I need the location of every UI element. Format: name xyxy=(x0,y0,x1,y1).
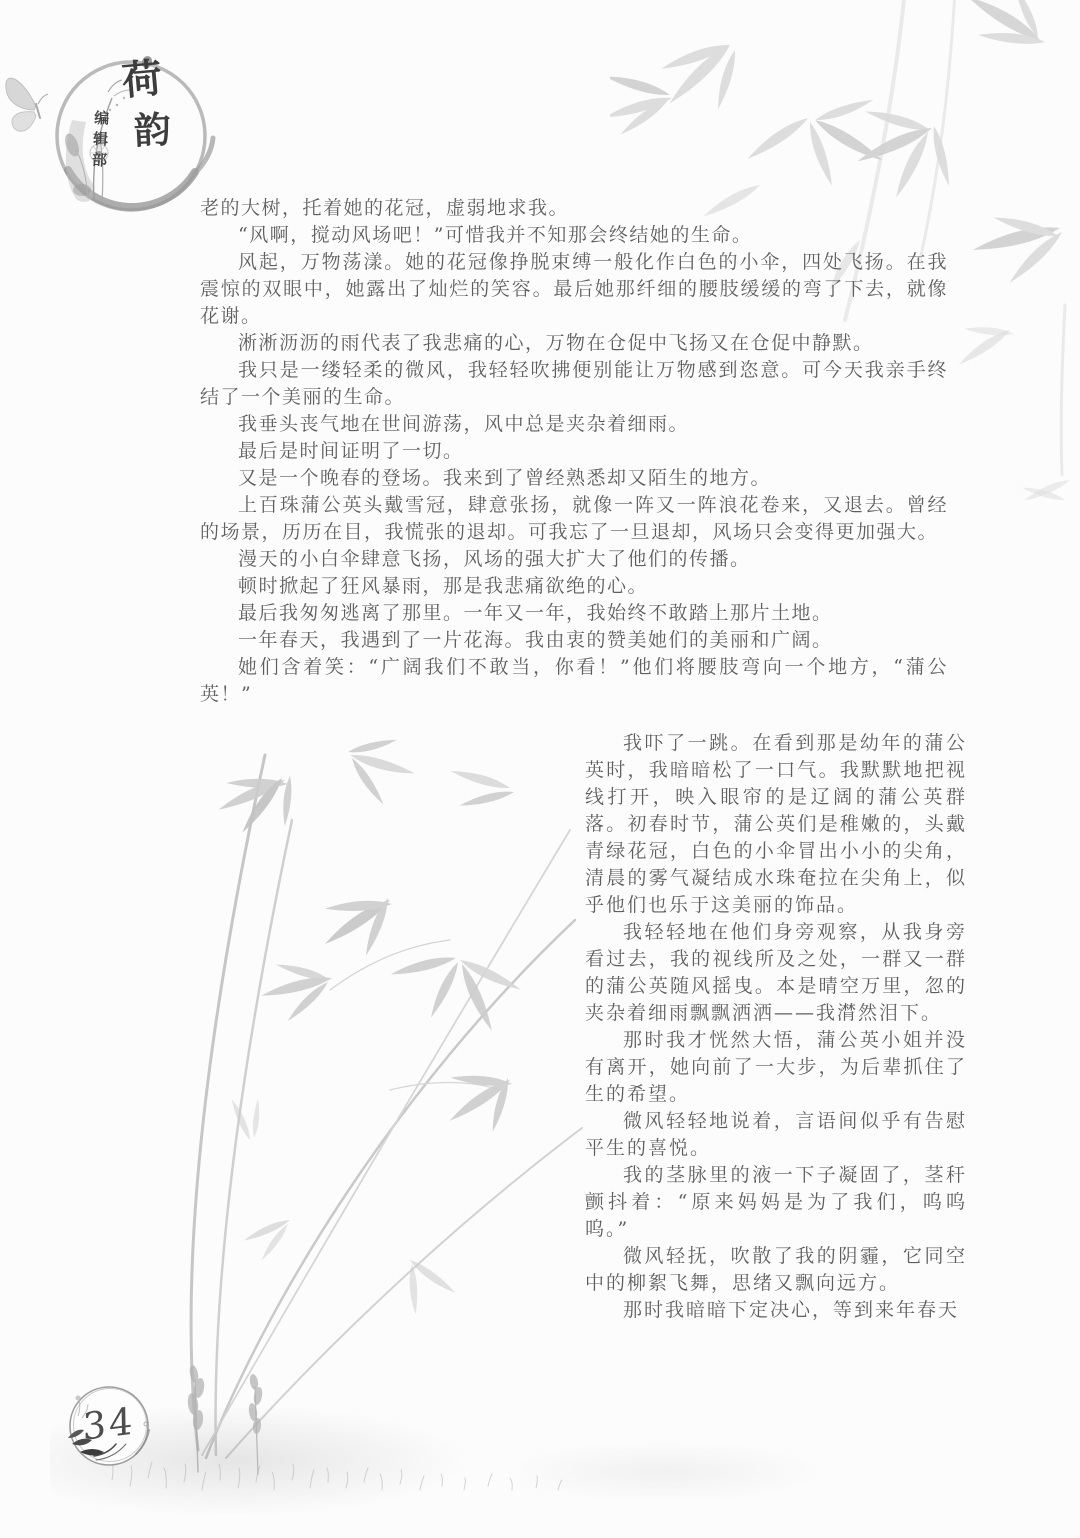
paragraph: 我的茎脉里的液一下子凝固了，茎秆颤抖着：“原来妈妈是为了我们，呜呜呜。” xyxy=(585,1162,967,1243)
paragraph: 我吓了一跳。在看到那是幼年的蒲公英时，我暗暗松了一口气。我默默地把视线打开，映入… xyxy=(585,730,967,919)
paragraph: 那时我暗暗下定决心，等到来年春天 xyxy=(585,1297,967,1324)
bamboo-left-illustration xyxy=(30,660,590,1460)
paragraph: 她们含着笑：“广阔我们不敢当，你看！”他们将腰肢弯向一个地方，“蒲公英！” xyxy=(200,654,948,708)
paragraph: 我垂头丧气地在世间游荡，风中总是夹杂着细雨。 xyxy=(200,411,948,438)
paragraph: 顿时掀起了狂风暴雨，那是我悲痛欲绝的心。 xyxy=(200,573,948,600)
paragraph: “风啊，搅动风场吧！”可惜我并不知那会终结她的生命。 xyxy=(200,222,948,249)
logo-title-char-1: 荷 xyxy=(120,58,163,101)
paragraph: 微风轻轻地说着，言语间似乎有告慰平生的喜悦。 xyxy=(585,1108,967,1162)
paragraph: 我轻轻地在他们身旁观察，从我身旁看过去，我的视线所及之处，一群又一群的蒲公英随风… xyxy=(585,919,967,1027)
page-number: 34 xyxy=(82,1402,135,1446)
reed-tufts-illustration xyxy=(150,1352,300,1477)
page-number-badge: 34 xyxy=(64,1382,154,1472)
grass-strokes-illustration xyxy=(100,1418,580,1518)
paragraph: 我只是一缕轻柔的微风，我轻轻吹拂便别能让万物感到恣意。可今天我亲手终结了一个美丽… xyxy=(200,357,948,411)
ground-ink-wash-right xyxy=(520,1438,880,1513)
paragraph: 一年春天，我遇到了一片花海。我由衷的赞美她们的美丽和广阔。 xyxy=(200,627,948,654)
paragraph: 上百珠蒲公英头戴雪冠，肆意张扬，就像一阵又一阵浪花卷来，又退去。曾经的场景，历历… xyxy=(200,492,948,546)
paragraph: 又是一个晚春的登场。我来到了曾经熟悉却又陌生的地方。 xyxy=(200,465,948,492)
right-column-text-block: 我吓了一跳。在看到那是幼年的蒲公英时，我暗暗松了一口气。我默默地把视线打开，映入… xyxy=(585,730,967,1324)
paragraph: 微风轻抚，吹散了我的阴霾，它同空中的柳絮飞舞，思绪又飘向远方。 xyxy=(585,1243,967,1297)
paragraph: 老的大树，托着她的花冠，虚弱地求我。 xyxy=(200,195,948,222)
paragraph: 漫天的小白伞肆意飞扬，风场的强大扩大了他们的传播。 xyxy=(200,546,948,573)
logo-subtitle: 编辑部 xyxy=(88,109,112,173)
paragraph: 那时我才恍然大悟，蒲公英小姐并没有离开，她向前了一大步，为后辈抓住了生的希望。 xyxy=(585,1027,967,1108)
paragraph: 最后我匆匆逃离了那里。一年又一年，我始终不敢踏上那片土地。 xyxy=(200,600,948,627)
magazine-page: 荷 韵 编辑部 老的大树，托着她的花冠，虚弱地求我。 “风啊，搅动风场吧！”可惜… xyxy=(0,0,1080,1538)
paragraph: 淅淅沥沥的雨代表了我悲痛的心，万物在仓促中飞扬又在仓促中静默。 xyxy=(200,330,948,357)
main-text-block: 老的大树，托着她的花冠，虚弱地求我。 “风啊，搅动风场吧！”可惜我并不知那会终结… xyxy=(200,195,948,708)
paragraph: 最后是时间证明了一切。 xyxy=(200,438,948,465)
logo-title-char-2: 韵 xyxy=(133,111,172,150)
paragraph: 风起，万物荡漾。她的花冠像挣脱束缚一般化作白色的小伞，四处飞扬。在我震惊的双眼中… xyxy=(200,249,948,330)
editorial-logo: 荷 韵 编辑部 xyxy=(42,50,220,228)
